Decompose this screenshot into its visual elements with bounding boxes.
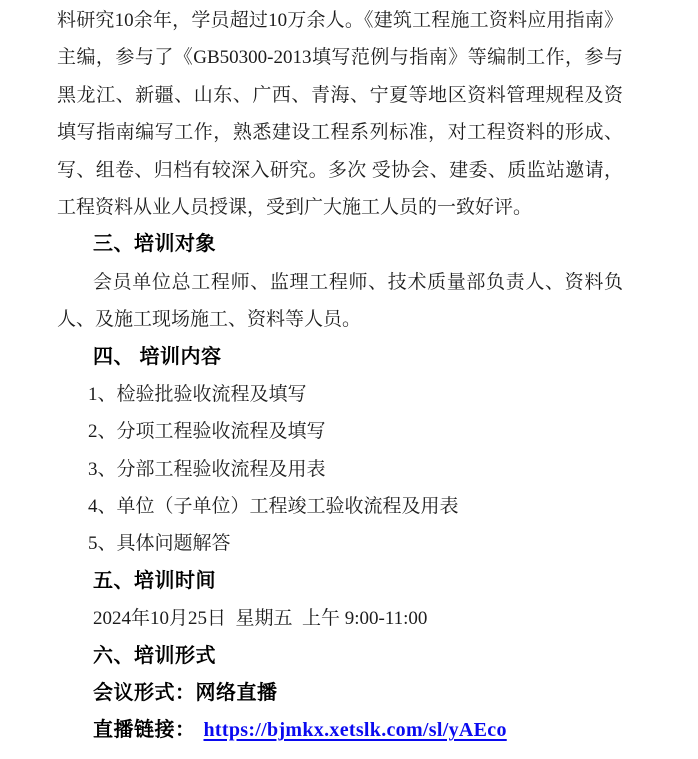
section-heading-training-content: 四、 培训内容 [57,339,623,376]
document-content: 料研究10余年，学员超过10万余人。《建筑工程施工资料应用指南》 主编，参与了《… [57,2,623,750]
section-heading-training-target: 三、培训对象 [57,226,623,263]
live-link-line: 直播链接：https://bjmkx.xetslk.com/sl/yAEco [57,712,623,749]
training-content-item: 1、检验批验收流程及填写 [57,376,623,413]
body-text-line: 黑龙江、新疆、山东、广西、青海、宁夏等地区资料管理规程及资料 [57,77,623,114]
training-time-text: 2024年10月25日 星期五 上午 9:00-11:00 [57,600,623,637]
document-page: 料研究10余年，学员超过10万余人。《建筑工程施工资料应用指南》 主编，参与了《… [0,0,698,759]
meeting-format-text: 会议形式：网络直播 [57,675,623,712]
training-content-item: 3、分部工程验收流程及用表 [57,451,623,488]
body-text-line: 会员单位总工程师、监理工程师、技术质量部负责人、资料负责 [57,264,623,301]
body-text-line: 主编，参与了《GB50300-2013填写范例与指南》等编制工作，参与了 [57,39,623,76]
body-text-line: 写、组卷、归档有较深入研究。多次 受协会、建委、质监站邀请，为 [57,152,623,189]
live-stream-link[interactable]: https://bjmkx.xetslk.com/sl/yAEco [204,719,507,741]
body-text-line: 工程资料从业人员授课，受到广大施工人员的一致好评。 [57,189,623,226]
training-content-item: 2、分项工程验收流程及填写 [57,413,623,450]
live-link-label: 直播链接： [93,719,196,741]
training-content-item: 4、单位（子单位）工程竣工验收流程及用表 [57,488,623,525]
body-text-line: 填写指南编写工作，熟悉建设工程系列标准，对工程资料的形成、填 [57,114,623,151]
body-text-line: 人、及施工现场施工、资料等人员。 [57,301,623,338]
section-heading-training-time: 五、培训时间 [57,563,623,600]
training-content-item: 5、具体问题解答 [57,525,623,562]
section-heading-training-format: 六、培训形式 [57,638,623,675]
body-text-line: 料研究10余年，学员超过10万余人。《建筑工程施工资料应用指南》 [57,2,623,39]
